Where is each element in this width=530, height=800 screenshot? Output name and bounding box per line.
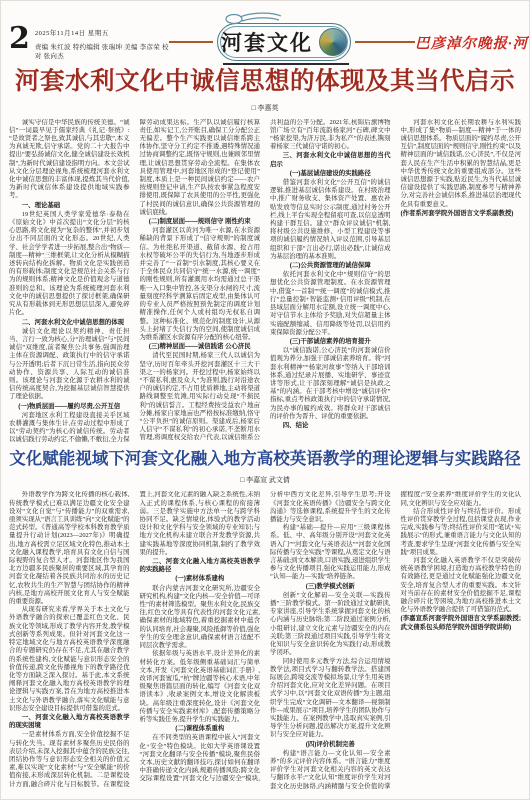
subsection-heading: (二)制度层面——规则信守 刚性约束 <box>140 218 261 226</box>
header-meta: 2025年11月14日 星期五 责编 朱红波 特约编辑 张瑞坤 美编 李彦荣 校… <box>35 24 169 60</box>
masthead-underline <box>223 63 349 65</box>
section-heading: 二、河套水利文化中诚信思想的体现 <box>9 319 130 327</box>
paragraph: 构建“基础—提升—应用”三级课程体系。低、中、高年级分别开设“河套文化英语入门”… <box>270 524 391 581</box>
article2-body: 外语教学作为跨文化传播的核心载体,传统教学模式已难以满足边疆文化安全建设对“文化… <box>9 491 521 791</box>
subsection-heading: (三)教学模式创新 <box>270 583 391 591</box>
paragraph: 诚实守信是中华民族的传统美德。“诚信”一词最早见于儒家经典《礼记·祭统》:“是故… <box>9 119 130 201</box>
paragraph: 河套水利文化在长期农耕与水利实践中,形成了集“物质—制度—精神”于一体的诚信思想… <box>401 119 522 209</box>
article2-headline: 文化赋能视域下河套文化融入地方高校英语教学的理论逻辑与实践路径 <box>9 449 521 470</box>
paragraph: 依据年级与英语水平,设计差异化的素材转化方案。低年级侧重基础词汇与简单文本,开发… <box>140 650 261 724</box>
article1-byline: □ 李惠英 <box>9 103 521 113</box>
paragraph: 以“诚信践诺,公心济民”的河套诚信价值观为养分,加强干部诚信素养培育。将“河套水… <box>270 347 391 421</box>
paragraph: 19世纪英国人类学家爱德华·泰勒在《原始文化》中首次提出“文化分层”的核心思路,… <box>9 211 130 318</box>
article1-headline: 河套水利文化中诚信思想的体现及其当代启示 <box>9 67 521 98</box>
header-left: 2 2025年11月14日 星期五 责编 朱红波 特约编辑 张瑞坤 美编 李彦荣… <box>9 24 169 60</box>
masthead-badge: 河套文化 <box>217 23 351 61</box>
subsection-heading: (三)干部诚信素养的培育提升 <box>270 338 391 346</box>
credits-line: 责编 朱红波 特约编辑 张瑞坤 美编 李彦荣 校对 张向杰 <box>35 42 169 60</box>
scroll-icon <box>224 10 284 26</box>
paragraph: 联合内蒙古河套文化研究所,边疆安全研究机构,构建“文化内核—安全价值—可译性”的… <box>140 585 261 651</box>
author-note: (作者系河套学院外国语言文学系副教授) <box>401 210 522 218</box>
paragraph: 河套灌区以黄河为唯一水源,在水资源稀缺的背景下形成了“信守规则”的制度诚信。为杜… <box>140 227 261 342</box>
paragraph: 诚信文化理论以契约精神、责任担当、言行一致为核心,分“治理诚信”与“民间诚信”双… <box>9 328 130 402</box>
section-heading: 二、河套文化融入地方高校英语教学的实践路径 <box>140 558 261 574</box>
article-english-teaching: 文化赋能视域下河套文化融入地方高校英语教学的理论逻辑与实践路径 □ 李嘉宣 武文… <box>9 449 521 791</box>
paragraph: 依托河套水利文化中“规则信守”的思想优化公共资源管理制度。在水资源管理中,借鉴“… <box>270 271 391 337</box>
subsection-heading: (二)公共资源管理的诚信保障 <box>270 262 391 270</box>
paragraph: 同时使用多元教学方法,综合运用情境教学法,项目式学习与翻转教学法。搭建国际展会,… <box>270 658 391 740</box>
masthead-logo-icon <box>319 28 347 56</box>
page-number: 2 <box>9 24 30 54</box>
subsection-heading: (一)物质层面——履约尽责,公开互信 <box>9 403 130 411</box>
article2-byline: □ 李嘉宣 武文倩 <box>9 475 521 485</box>
paragraph: 创新“文化解码—安全关联—实践传播”三阶教学模式。第一阶段通过文献研读,专家讲座… <box>270 592 391 658</box>
paragraph: 从现有研究来看,学界关于本土文化与外语教学融合的探索已覆盖红色文化、民族文化等领… <box>9 606 130 713</box>
section-heading: 一、河套文化融入地方高校英语教学的现实困境 <box>9 714 130 730</box>
paragraph: 外语教学作为跨文化传播的核心载体,传统教学模式已难以满足边疆文化安全建设对“文化… <box>9 491 130 606</box>
masthead-rule-right <box>355 41 415 43</box>
brand-calligraphy: 巴彦淖尔晚报·河套文化 <box>415 32 530 53</box>
subsection-heading: (三)精神层面——诚信践诺 公心济民 <box>140 343 261 351</box>
article1-body: 诚实守信是中华民族的传统美德。“诚信”一词最早见于儒家经典《礼记·祭统》:“是故… <box>9 119 521 447</box>
date-line: 2025年11月14日 星期五 <box>35 28 169 37</box>
subsection-heading: (二)课程体系重构 <box>140 725 261 733</box>
masthead-rule-left <box>169 41 213 43</box>
section-heading: 三、河套水利文化中诚信思想的当代启示 <box>270 152 391 168</box>
masthead-area: 河套文化 <box>169 23 415 61</box>
subsection-heading: (一)素材体系建构 <box>140 575 261 583</box>
paragraph: 河套文化融入英语教学不仅是突破传统英语教学困境,打造地方高校教学特色的有效路径,… <box>401 557 522 614</box>
section-heading: 四、结论 <box>270 422 391 430</box>
section-heading: 一、理论基础 <box>9 202 130 210</box>
paragraph: 结合形成性评价与终结性评价。形成性评价贯穿教学全过程,包括课堂表现,作业完成,实… <box>401 508 522 557</box>
page-header: 2 2025年11月14日 星期五 责编 朱红波 特约编辑 张瑞坤 美编 李彦荣… <box>9 21 521 63</box>
subsection-heading: (四)评价机制完善 <box>270 741 391 749</box>
newspaper-page: 2 2025年11月14日 星期五 责编 朱红波 特约编辑 张瑞坤 美编 李彦荣… <box>0 0 530 800</box>
masthead-title: 河套文化 <box>221 27 313 57</box>
author-note: (李嘉宣系河套学院外国语言文学系副教授;武文倩系包头师范学院外国语学院讲师) <box>401 615 522 631</box>
article-honesty-water-culture: 河套水利文化中诚信思想的体现及其当代启示 □ 李惠英 诚实守信是中华民族的传统美… <box>9 67 521 447</box>
subsection-heading: (一)基层诚信建设的实践路径 <box>270 170 391 178</box>
paragraph: 借鉴河套水利文化“公开互信”的诚信逻辑,推进基层诚信体系建设。在村级治理中,推广… <box>270 179 391 261</box>
